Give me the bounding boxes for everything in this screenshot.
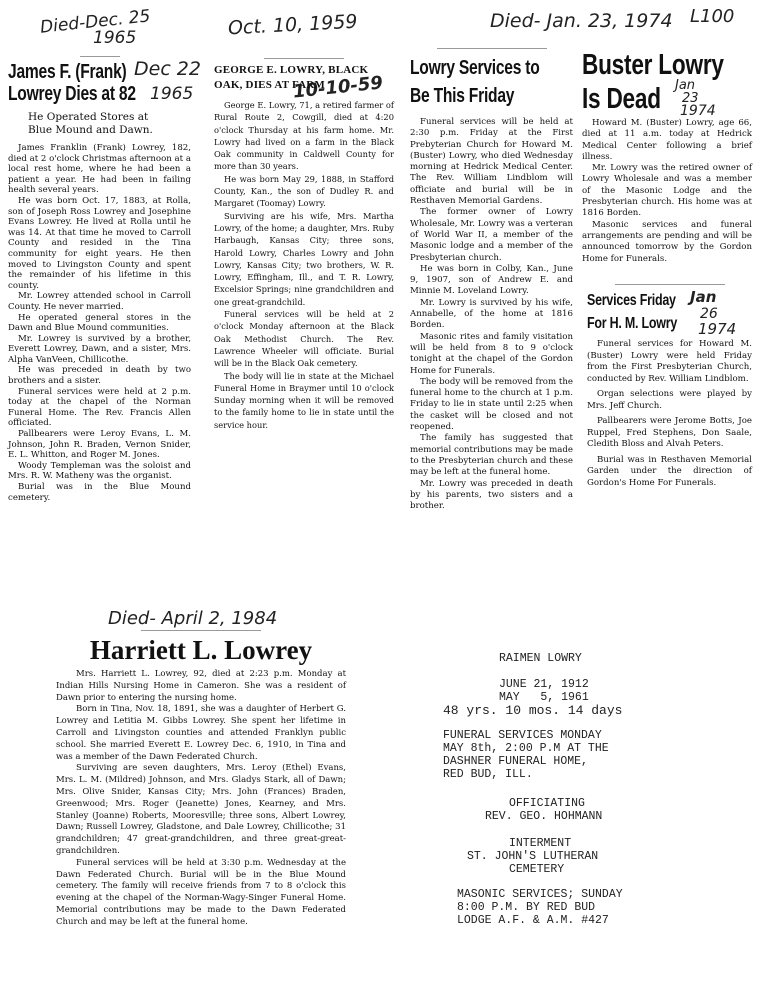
- raimen-masonic-1: MASONIC SERVICES; SUNDAY: [443, 888, 743, 901]
- raimen-masonic-2: 8:00 P.M. BY RED BUD: [443, 901, 743, 914]
- paragraph: He operated general stores in the Dawn a…: [8, 313, 191, 334]
- raimen-services-2: MAY 8th, 2:00 P.M AT THE: [443, 742, 743, 755]
- subhead-james-2: Blue Mound and Dawn.: [28, 124, 191, 137]
- headline-james-1: James F. (Frank): [8, 61, 151, 83]
- paragraph: Mr. Lowrey is survived by a brother, Eve…: [8, 334, 191, 366]
- body-james: James Franklin (Frank) Lowrey, 182, died…: [8, 143, 191, 503]
- raimen-services-3: DASHNER FUNERAL HOME,: [443, 755, 743, 768]
- paragraph: Masonic rites and family visitation will…: [410, 332, 573, 377]
- paragraph: Mr. Lowrey attended school in Carroll Co…: [8, 291, 191, 312]
- raimen-masonic-3: LODGE A.F. & A.M. #427: [443, 914, 743, 927]
- headline-george-1: GEORGE E. LOWRY, BLACK: [214, 63, 394, 78]
- article-george-lowry: GEORGE E. LOWRY, BLACK OAK, DIES AT FARM…: [214, 58, 394, 431]
- paragraph: Born in Tina, Nov. 18, 1891, she was a d…: [56, 704, 346, 763]
- headline-james-2: Lowrey Dies at 82: [8, 83, 151, 105]
- paragraph: Surviving are his wife, Mrs. Martha Lowr…: [214, 210, 394, 308]
- paragraph: James Franklin (Frank) Lowrey, 182, died…: [8, 143, 191, 196]
- headline-buster-2: Is Dead: [582, 82, 715, 116]
- paragraph: He was born in Colby, Kan., June 9, 1907…: [410, 264, 573, 298]
- handwritten-date-oct-10-1959: Oct. 10, 1959: [228, 13, 358, 39]
- raimen-age: 48 yrs. 10 mos. 14 days: [443, 704, 743, 717]
- paragraph: Funeral services for Howard M. (Buster) …: [587, 339, 752, 385]
- paragraph: The former owner of Lowry Wholesale, Mr.…: [410, 207, 573, 263]
- paragraph: Mr. Lowry is survived by his wife, Annab…: [410, 298, 573, 332]
- paragraph: The body will be removed from the funera…: [410, 377, 573, 433]
- paragraph: Woody Templeman was the soloist and Mrs.…: [8, 461, 191, 482]
- paragraph: Funeral services will be held at 2:30 p.…: [410, 117, 573, 207]
- raimen-interment-label: INTERMENT: [443, 837, 743, 850]
- raimen-services-4: RED BUD, ILL.: [443, 768, 743, 781]
- handwritten-l100: L100: [690, 8, 734, 26]
- paragraph: He was born Oct. 17, 1883, at Rolla, son…: [8, 196, 191, 291]
- handwritten-date-died-april-2-1984: Died- April 2, 1984: [108, 610, 277, 628]
- raimen-officiating-label: OFFICIATING: [443, 797, 743, 810]
- article-buster-lowry: Buster Lowry Is Dead Howard M. (Buster) …: [582, 48, 752, 265]
- headline-friday-2: For H. M. Lowry: [587, 313, 716, 335]
- paragraph: The family has suggested that memorial c…: [410, 433, 573, 478]
- raimen-interment-2: CEMETERY: [443, 863, 743, 876]
- paragraph: Masonic services and funeral arrangement…: [582, 220, 752, 265]
- body-services: Funeral services will be held at 2:30 p.…: [410, 117, 573, 512]
- raimen-services-1: FUNERAL SERVICES MONDAY: [443, 729, 743, 742]
- paragraph: Organ selections were played by Mrs. Jef…: [587, 389, 752, 412]
- body-buster: Howard M. (Buster) Lowry, age 66, died a…: [582, 118, 752, 265]
- headline-george-2: OAK, DIES AT FARM: [214, 78, 394, 93]
- paragraph: Howard M. (Buster) Lowry, age 66, died a…: [582, 118, 752, 163]
- raimen-interment-1: ST. JOHN'S LUTHERAN: [443, 850, 743, 863]
- headline-services-1: Lowry Services to: [410, 53, 537, 83]
- body-harriett: Mrs. Harriett L. Lowrey, 92, died at 2:2…: [56, 669, 346, 929]
- raimen-name: RAIMEN LOWRY: [443, 652, 743, 665]
- headline-services-2: Be This Friday: [410, 83, 537, 109]
- paragraph: Burial was in the Blue Mound cemetery.: [8, 482, 191, 503]
- handwritten-date-died-jan-23-1974: Died- Jan. 23, 1974: [490, 12, 673, 31]
- paragraph: Surviving are seven daughters, Mrs. Lero…: [56, 763, 346, 857]
- article-lowry-services: Lowry Services to Be This Friday Funeral…: [410, 48, 573, 512]
- headline-harriett: Harriett L. Lowrey: [56, 635, 346, 665]
- paragraph: Mrs. Harriett L. Lowrey, 92, died at 2:2…: [56, 669, 346, 704]
- paragraph: Funeral services will be held at 3:30 p.…: [56, 858, 346, 929]
- paragraph: He was born May 29, 1888, in Stafford Co…: [214, 173, 394, 210]
- body-george: George E. Lowry, 71, a retired farmer of…: [214, 99, 394, 431]
- paragraph: Mr. Lowry was the retired owner of Lowry…: [582, 163, 752, 219]
- subhead-james-1: He Operated Stores at: [28, 111, 191, 124]
- raimen-born: JUNE 21, 1912: [443, 678, 743, 691]
- article-harriett-lowrey: Harriett L. Lowrey Mrs. Harriett L. Lowr…: [56, 630, 346, 929]
- article-james-lowrey: James F. (Frank) Lowrey Dies at 82 He Op…: [8, 56, 191, 503]
- handwritten-year-1965: 1965: [93, 30, 136, 47]
- paragraph: George E. Lowry, 71, a retired farmer of…: [214, 99, 394, 173]
- card-raimen-lowry: RAIMEN LOWRY JUNE 21, 1912 MAY 5, 1961 4…: [443, 650, 743, 927]
- paragraph: Funeral services were held at 2 p.m. tod…: [8, 387, 191, 429]
- article-services-friday: Services Friday For H. M. Lowry Funeral …: [587, 284, 752, 489]
- raimen-officiating-name: REV. GEO. HOHMANN: [443, 810, 743, 823]
- paragraph: He was preceded in death by two brothers…: [8, 365, 191, 386]
- paragraph: Funeral services will be held at 2 o'clo…: [214, 308, 394, 369]
- headline-friday-1: Services Friday: [587, 289, 716, 313]
- paragraph: Mr. Lowry was preceded in death by his p…: [410, 479, 573, 513]
- paragraph: Pallbearers were Leroy Evans, L. M. John…: [8, 429, 191, 461]
- paragraph: Burial was in Resthaven Memorial Garden …: [587, 455, 752, 490]
- headline-buster-1: Buster Lowry: [582, 48, 715, 82]
- body-friday: Funeral services for Howard M. (Buster) …: [587, 339, 752, 489]
- paragraph: Pallbearers were Jerome Botts, Joe Ruppe…: [587, 416, 752, 451]
- paragraph: The body will lie in state at the Michae…: [214, 370, 394, 431]
